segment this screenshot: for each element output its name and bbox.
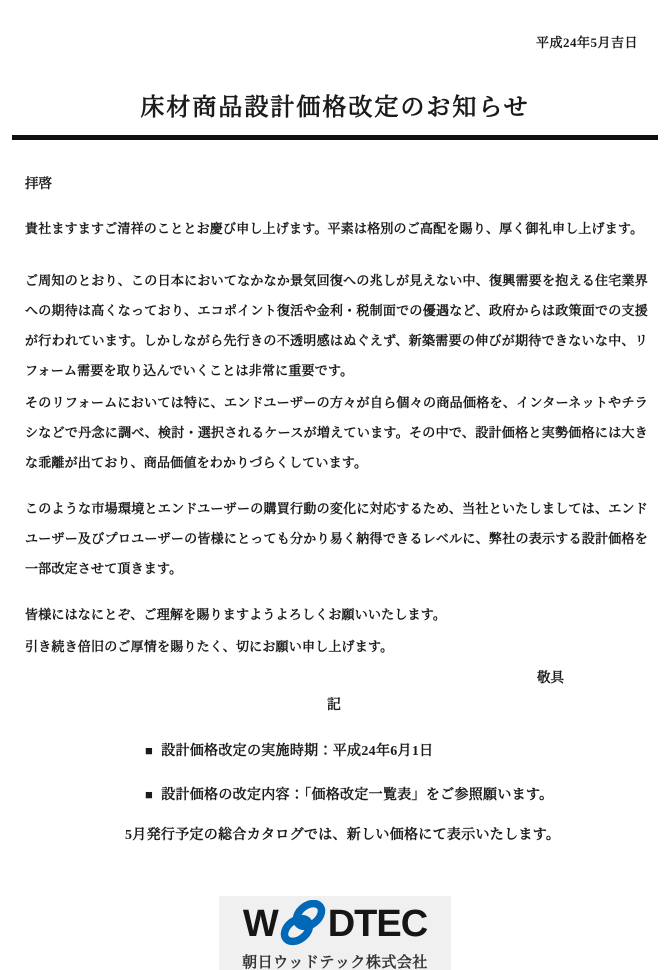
closing-keigu: 敬具: [20, 666, 564, 686]
paragraph-revision: このような市場環境とエンドユーザーの購買行動の変化に対応するため、当社といたしま…: [25, 494, 648, 584]
record-marker: 記: [20, 694, 650, 714]
title-underline: [12, 135, 658, 140]
paragraph-request: 皆様にはなにとぞ、ご理解を賜りますようよろしくお願いいたします。: [25, 600, 648, 630]
square-bullet-icon: ■: [145, 743, 153, 758]
note-item-content: ■設計価格の改定内容：「価格改定一覧表」をご参照願います。: [145, 784, 650, 804]
notice-letter: 平成24年5月吉日 床材商品設計価格改定のお知らせ 拝啓 貴社ますますご清祥のこ…: [0, 0, 670, 970]
catalog-note: 5月発行予定の総合カタログでは、新しい価格にて表示いたします。: [125, 824, 650, 844]
salutation: 拝啓: [25, 172, 650, 192]
company-logo: W DTEC 朝日ウッドテック株式会社: [219, 896, 451, 970]
paragraph-market: ご周知のとおり、この日本においてなかなか景気回復への兆しが見えない中、復興需要を…: [25, 266, 648, 386]
company-name: 朝日ウッドテック株式会社: [242, 951, 428, 970]
letter-date: 平成24年5月吉日: [20, 32, 638, 51]
note-text: 設計価格改定の実施時期：平成24年6月1日: [161, 744, 433, 759]
note-text: 設計価格の改定内容：「価格改定一覧表」をご参照願います。: [161, 788, 553, 803]
double-ring-icon: [277, 900, 329, 946]
paragraph-reform: そのリフォームにおいては特に、エンドユーザーの方々が自ら個々の商品価格を、インタ…: [25, 388, 648, 478]
woodtec-wordmark: W DTEC: [243, 900, 427, 948]
paragraph-thanks: 引き続き倍旧のご厚情を賜りたく、切にお願い申し上げます。: [25, 632, 648, 662]
wordmark-right: DTEC: [328, 905, 427, 943]
note-item-schedule: ■設計価格改定の実施時期：平成24年6月1日: [145, 740, 650, 760]
square-bullet-icon: ■: [145, 787, 153, 802]
wordmark-left: W: [243, 905, 278, 943]
page-title: 床材商品設計価格改定のお知らせ: [20, 87, 650, 122]
notes-list: ■設計価格改定の実施時期：平成24年6月1日 ■設計価格の改定内容：「価格改定一…: [145, 740, 650, 804]
paragraph-greeting: 貴社ますますご清祥のこととお慶び申し上げます。平素は格別のご高配を賜り、厚く御礼…: [25, 214, 648, 244]
